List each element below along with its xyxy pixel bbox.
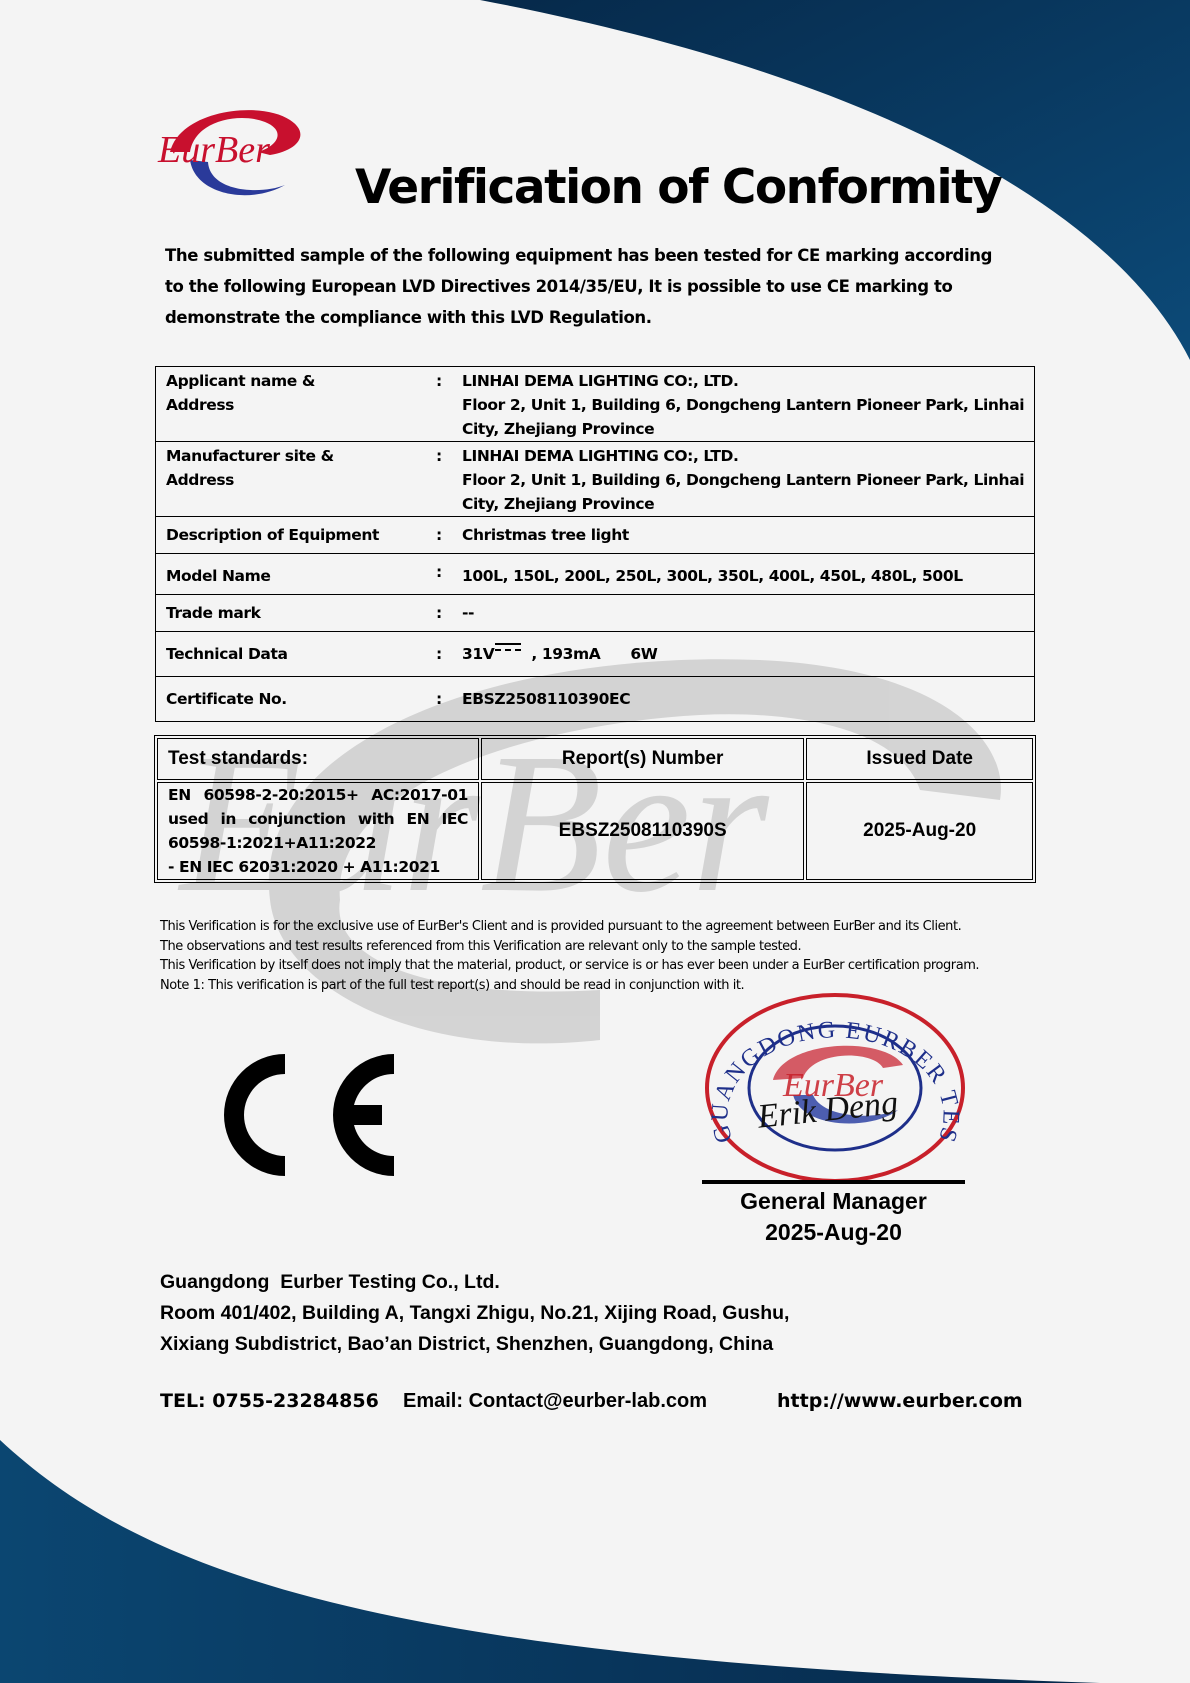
report-number: EBSZ2508110390S (481, 782, 804, 880)
company-info: Guangdong Eurber Testing Co., Ltd. Room … (160, 1267, 789, 1360)
signature-line (702, 1180, 965, 1184)
row-applicant: Applicant name &Address : LINHAI DEMA LI… (156, 367, 1035, 442)
email-address[interactable]: Email: Contact@eurber-lab.com (403, 1390, 707, 1413)
row-technical-data: Technical Data : 31V , 193mA 6W (156, 632, 1035, 677)
header-report-number: Report(s) Number (481, 738, 804, 780)
page-title: Verification of Conformity (355, 160, 1001, 215)
bottom-left-navy-curve (0, 1440, 1100, 1683)
header-issued-date: Issued Date (806, 738, 1033, 780)
trademark-value: -- (462, 595, 1035, 632)
standards-list: EN 60598-2-20:2015+ AC:2017-01 used in c… (157, 782, 479, 880)
website-link[interactable]: http://www.eurber.com (777, 1390, 1023, 1412)
svg-text:EurBer: EurBer (157, 129, 270, 171)
phone-number: TEL: 0755-23284856 (160, 1390, 379, 1412)
equipment-info-table: Applicant name &Address : LINHAI DEMA LI… (155, 366, 1035, 722)
description-value: Christmas tree light (462, 517, 1035, 554)
company-address-line1: Room 401/402, Building A, Tangxi Zhigu, … (160, 1298, 789, 1329)
technical-value: 31V , 193mA 6W (462, 632, 1035, 677)
company-name: Guangdong Eurber Testing Co., Ltd. (160, 1267, 789, 1298)
row-model: Model Name : 100L, 150L, 200L, 250L, 300… (156, 554, 1035, 595)
standards-header-row: Test standards: Report(s) Number Issued … (157, 738, 1033, 780)
signer-date: 2025-Aug-20 (702, 1217, 965, 1248)
row-trademark: Trade mark : -- (156, 595, 1035, 632)
applicant-value: LINHAI DEMA LIGHTING CO:, LTD.Floor 2, U… (462, 367, 1035, 442)
signature: Erik Deng (755, 1084, 900, 1136)
table-row: EN 60598-2-20:2015+ AC:2017-01 used in c… (157, 782, 1033, 880)
intro-paragraph: The submitted sample of the following eq… (165, 240, 945, 333)
signer-block: General Manager 2025-Aug-20 (702, 1186, 965, 1248)
manufacturer-value: LINHAI DEMA LIGHTING CO:, LTD.Floor 2, U… (462, 442, 1035, 517)
company-address-line2: Xixiang Subdistrict, Bao’an District, Sh… (160, 1329, 789, 1360)
header-test-standards: Test standards: (157, 738, 479, 780)
eurber-logo: EurBer (150, 100, 330, 210)
contact-info: TEL: 0755-23284856 Email: Contact@eurber… (160, 1390, 1040, 1420)
disclaimer-text: This Verification is for the exclusive u… (160, 917, 1060, 995)
test-standards-table: Test standards: Report(s) Number Issued … (154, 735, 1036, 883)
signer-title: General Manager (702, 1186, 965, 1217)
row-manufacturer: Manufacturer site &Address : LINHAI DEMA… (156, 442, 1035, 517)
certificate-number: EBSZ2508110390EC (462, 677, 1035, 722)
company-seal-icon: GUANGDONG EURBER TESTING CO., LTD. EurBe… (703, 990, 968, 1185)
row-description: Description of Equipment : Christmas tre… (156, 517, 1035, 554)
issued-date: 2025-Aug-20 (806, 782, 1033, 880)
row-certificate: Certificate No. : EBSZ2508110390EC (156, 677, 1035, 722)
model-value: 100L, 150L, 200L, 250L, 300L, 350L, 400L… (462, 554, 1035, 595)
dc-current-icon (495, 643, 521, 653)
ce-mark-icon (222, 1052, 397, 1178)
